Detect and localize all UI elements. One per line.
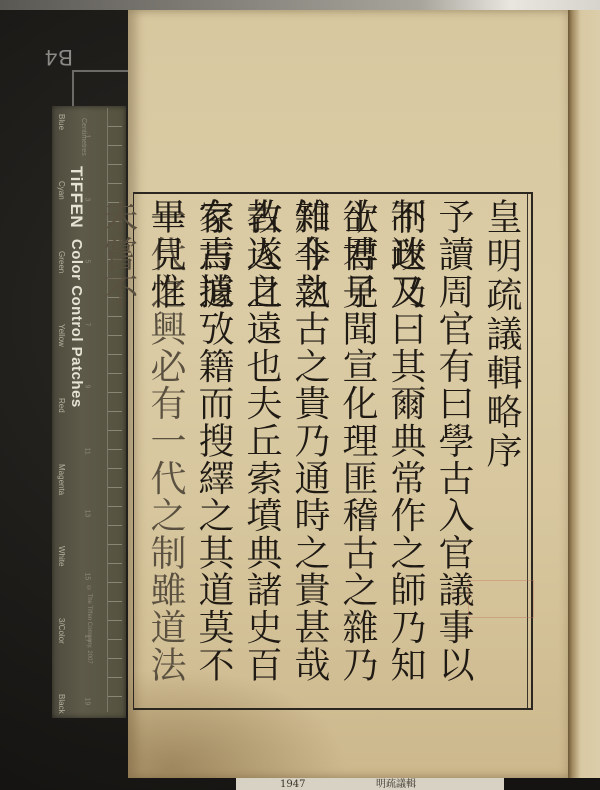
ruler-number: 15: [84, 572, 91, 582]
ruler-number: 1: [84, 135, 91, 145]
facing-page-edge: [568, 10, 600, 778]
printed-text-frame: 皇明疏議輯略序 予讀周官有曰學古入官議事以制政乃 不迷又曰其爾典常作之師乃知士君…: [133, 192, 533, 710]
ruler-number: 11: [84, 447, 91, 457]
ruler-number: 7: [84, 322, 91, 332]
ruler-number: 5: [84, 260, 91, 270]
catalog-slip: 1947 明疏議輯: [236, 778, 504, 790]
top-edge-strip: [0, 0, 600, 10]
slip-number: 1947: [280, 779, 305, 790]
patch-label: Blue: [54, 114, 66, 130]
ruler-number: 17: [84, 635, 91, 645]
ruler-number: 13: [84, 510, 91, 520]
card-label: B4: [44, 44, 73, 70]
text-column: 予讀周官有曰學古入官議事以制政乃: [429, 194, 477, 708]
ruler-number: 9: [84, 385, 91, 395]
patch-label: 3/Color: [54, 618, 66, 644]
ruler-number: 3: [84, 197, 91, 207]
text-columns: 皇明疏議輯略序 予讀周官有曰學古入官議事以制政乃 不迷又曰其爾典常作之師乃知士君…: [142, 194, 525, 708]
ruler-numbers: 1 3 5 7 9 11 13 15 17 19: [82, 136, 92, 706]
frame-inner-rule: [527, 194, 528, 708]
slip-title: 明疏議輯: [376, 779, 416, 790]
faded-seal-stamp: [468, 580, 534, 618]
ruler-number: 19: [84, 697, 91, 707]
patch-label: Black: [54, 694, 66, 714]
preface-title: 皇明疏議輯略序: [477, 194, 525, 708]
